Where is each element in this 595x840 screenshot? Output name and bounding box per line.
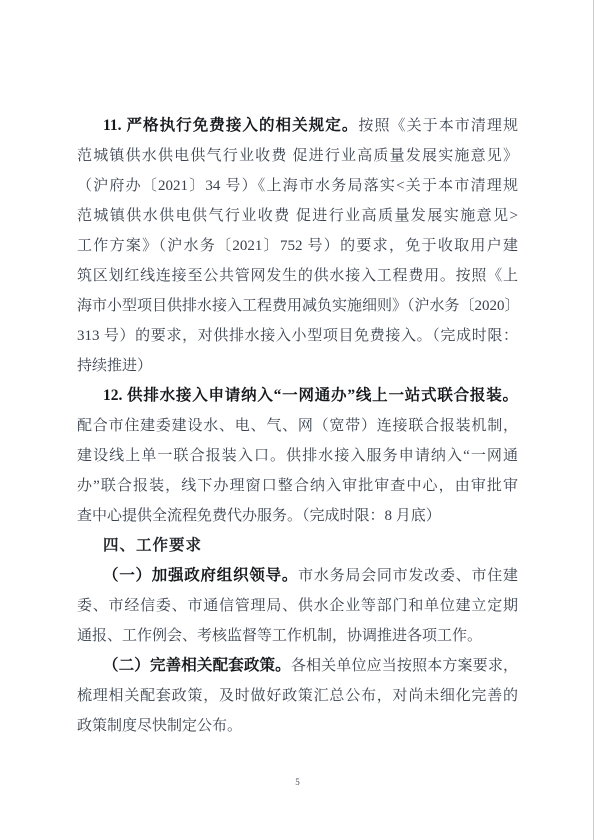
text-line: （沪府办〔2021〕34 号）《上海市水务局落实<关于本市清理规 [77, 171, 518, 201]
text-line: 范城镇供水供电供气行业收费 促进行业高质量发展实施意见》 [77, 141, 518, 171]
body-run: 313 号）的要求，对供排水接入小型项目免费接入。（完成时限： [77, 328, 518, 344]
text-line: 通报、工作例会、考核监督等工作机制，协调推进各项工作。 [77, 621, 518, 651]
text-line: 配合市住建委建设水、电、气、网（宽带）连接联合报装机制， [77, 411, 518, 441]
text-line: 查中心提供全流程免费代办服务。（完成时限：8 月底） [77, 501, 518, 531]
body-run: 建设线上单一联合报装入口。供排水接入服务申请纳入“一网通 [77, 448, 518, 464]
text-line: 委、市经信委、市通信管理局、供水企业等部门和单位建立定期 [77, 591, 518, 621]
body-run: 梳理相关配套政策，及时做好政策汇总公布，对尚未细化完善的 [77, 688, 518, 704]
body-run: 各相关单位应当按照本方案要求， [291, 658, 518, 674]
body-run: 市水务局会同市发改委、市住建 [298, 568, 518, 584]
body-run: 持续推进） [77, 358, 152, 374]
bold-run: （二）完善相关配套政策。 [103, 657, 291, 674]
document-page: 11. 严格执行免费接入的相关规定。按照《关于本市清理规范城镇供水供电供气行业收… [0, 0, 595, 840]
text-line: （二）完善相关配套政策。各相关单位应当按照本方案要求， [77, 651, 518, 681]
body-run: 筑区划红线连接至公共管网发生的供水接入工程费用。按照《上 [77, 268, 518, 284]
text-line: 四、工作要求 [77, 531, 518, 561]
text-line: 范城镇供水供电供气行业收费 促进行业高质量发展实施意见> [77, 201, 518, 231]
text-line: 海市小型项目供排水接入工程费用减负实施细则》（沪水务〔2020〕 [77, 291, 518, 321]
text-line: 筑区划红线连接至公共管网发生的供水接入工程费用。按照《上 [77, 261, 518, 291]
document-body: 11. 严格执行免费接入的相关规定。按照《关于本市清理规范城镇供水供电供气行业收… [77, 111, 518, 741]
page-edge-divider [593, 0, 594, 840]
text-line: 12. 供排水接入申请纳入“一网通办”线上一站式联合报装。 [77, 381, 518, 411]
body-run: （沪府办〔2021〕34 号）《上海市水务局落实<关于本市清理规 [77, 178, 518, 194]
body-run: 海市小型项目供排水接入工程费用减负实施细则》（沪水务〔2020〕 [77, 298, 518, 314]
text-line: 工作方案》（沪水务〔2021〕752 号）的要求，免于收取用户建 [77, 231, 518, 261]
bold-run: 12. 供排水接入申请纳入“一网通办”线上一站式联合报装。 [103, 387, 518, 404]
text-line: 办”联合报装，线下办理窗口整合纳入审批审查中心，由审批审 [77, 471, 518, 501]
body-run: 委、市经信委、市通信管理局、供水企业等部门和单位建立定期 [77, 598, 518, 614]
bold-run: 11. 严格执行免费接入的相关规定。 [103, 117, 358, 134]
text-line: 政策制度尽快制定公布。 [77, 711, 518, 741]
section-heading: 四、工作要求 [103, 537, 202, 554]
text-line: 313 号）的要求，对供排水接入小型项目免费接入。（完成时限： [77, 321, 518, 351]
body-run: 配合市住建委建设水、电、气、网（宽带）连接联合报装机制， [77, 418, 518, 434]
body-run: 工作方案》（沪水务〔2021〕752 号）的要求，免于收取用户建 [77, 238, 518, 254]
body-run: 查中心提供全流程免费代办服务。（完成时限：8 月底） [77, 508, 441, 524]
body-run: 按照《关于本市清理规 [358, 118, 518, 134]
body-run: 范城镇供水供电供气行业收费 促进行业高质量发展实施意见> [77, 208, 518, 224]
page-number: 5 [0, 776, 595, 788]
body-run: 通报、工作例会、考核监督等工作机制，协调推进各项工作。 [77, 628, 482, 644]
body-run: 办”联合报装，线下办理窗口整合纳入审批审查中心，由审批审 [77, 478, 518, 494]
text-line: 持续推进） [77, 351, 518, 381]
body-run: 范城镇供水供电供气行业收费 促进行业高质量发展实施意见》 [77, 148, 518, 164]
text-line: 建设线上单一联合报装入口。供排水接入服务申请纳入“一网通 [77, 441, 518, 471]
text-line: 梳理相关配套政策，及时做好政策汇总公布，对尚未细化完善的 [77, 681, 518, 711]
bold-run: （一）加强政府组织领导。 [103, 567, 298, 584]
body-run: 政策制度尽快制定公布。 [77, 718, 242, 734]
text-line: （一）加强政府组织领导。市水务局会同市发改委、市住建 [77, 561, 518, 591]
text-line: 11. 严格执行免费接入的相关规定。按照《关于本市清理规 [77, 111, 518, 141]
